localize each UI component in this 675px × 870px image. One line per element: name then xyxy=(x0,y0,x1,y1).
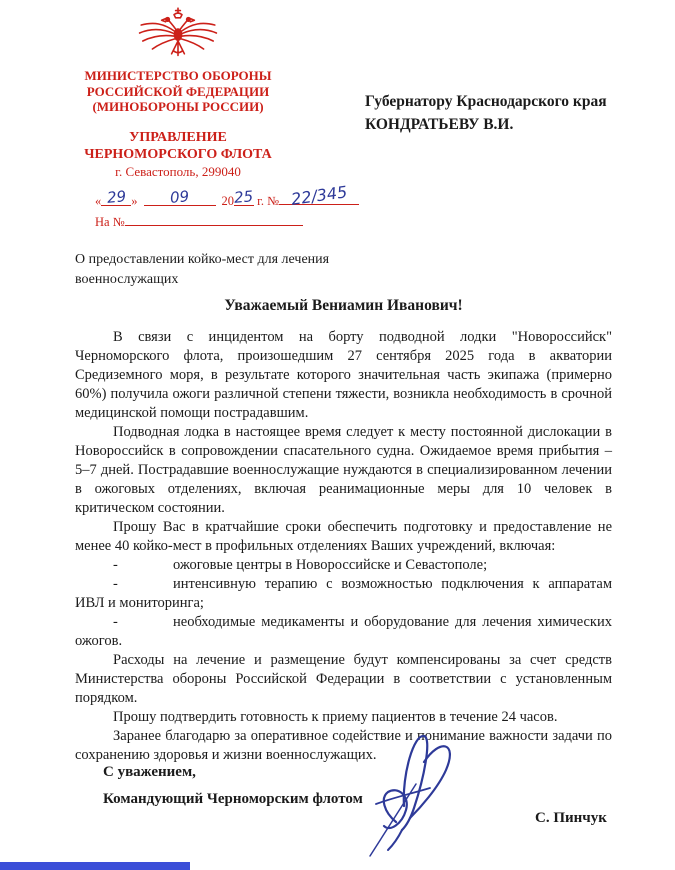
month-field: 09 xyxy=(144,191,216,206)
subject-line-2: военнослужащих xyxy=(75,270,395,290)
paragraph: Прошу подтвердить готовность к приему па… xyxy=(75,708,612,727)
list-item: -интенсивную терапию с возможностью подк… xyxy=(75,575,612,613)
handwritten-signature xyxy=(318,726,490,862)
unit-line-2: ЧЕРНОМОРСКОГО ФЛОТА xyxy=(58,147,298,164)
handwritten-month: 09 xyxy=(169,187,190,207)
paragraph: В связи с инцидентом на борту подводной … xyxy=(75,328,612,423)
org-line-2: РОССИЙСКОЙ ФЕДЕРАЦИИ xyxy=(58,84,298,100)
list-dash: - xyxy=(113,575,173,594)
list-item-text: ожоговые центры в Новороссийске и Севаст… xyxy=(173,557,487,573)
unit-line-1: УПРАВЛЕНИЕ xyxy=(58,130,298,147)
subject-block: О предоставлении койко-мест для лечения … xyxy=(75,250,395,289)
org-line-1: МИНИСТЕРСТВО ОБОРОНЫ xyxy=(58,68,298,84)
letter-body: В связи с инцидентом на борту подводной … xyxy=(75,328,612,765)
close-quote: » xyxy=(131,194,137,208)
addressee-block: Губернатору Краснодарского края КОНДРАТЬ… xyxy=(365,90,650,136)
paragraph: Подводная лодка в настоящее время следуе… xyxy=(75,423,612,518)
number-field: 22/345 xyxy=(279,190,359,205)
letterhead-org: МИНИСТЕРСТВО ОБОРОНЫ РОССИЙСКОЙ ФЕДЕРАЦИ… xyxy=(58,68,298,115)
addressee-name: КОНДРАТЬЕВУ В.И. xyxy=(365,113,650,136)
day-field: 29 xyxy=(101,191,131,206)
handwritten-day: 29 xyxy=(106,187,127,207)
year-field: 25 xyxy=(234,191,254,206)
list-item: -ожоговые центры в Новороссийске и Севас… xyxy=(75,556,612,575)
org-line-3: (МИНОБОРОНЫ РОССИИ) xyxy=(58,99,298,115)
paragraph: Прошу Вас в кратчайшие сроки обеспечить … xyxy=(75,518,612,556)
reference-line: «29»092025 г. №22/345 xyxy=(95,190,359,209)
list-dash: - xyxy=(113,556,173,575)
salutation: Уважаемый Вениамин Иванович! xyxy=(75,297,612,315)
na-no-label: На № xyxy=(95,215,125,229)
letterhead-city: г. Севастополь, 299040 xyxy=(58,164,298,180)
signatory-name: С. Пинчук xyxy=(535,810,607,827)
paragraph: Расходы на лечение и размещение будут ко… xyxy=(75,651,612,708)
list-dash: - xyxy=(113,613,173,632)
closing-regards: С уважением, xyxy=(103,764,196,781)
number-label: г. № xyxy=(257,194,279,208)
handwritten-number: 22/345 xyxy=(290,182,348,209)
addressee-title: Губернатору Краснодарского края xyxy=(365,90,650,113)
list-item: -необходимые медикаменты и оборудование … xyxy=(75,613,612,651)
subject-line-1: О предоставлении койко-мест для лечения xyxy=(75,250,395,270)
letter-document: МИНИСТЕРСТВО ОБОРОНЫ РОССИЙСКОЙ ФЕДЕРАЦИ… xyxy=(0,0,675,870)
letterhead-unit: УПРАВЛЕНИЕ ЧЕРНОМОРСКОГО ФЛОТА xyxy=(58,130,298,163)
incoming-number-line: На № xyxy=(95,211,303,230)
mod-eagle-emblem xyxy=(130,4,226,62)
handwritten-year: 25 xyxy=(234,187,255,207)
year-prefix: 20 xyxy=(222,194,235,208)
bottom-blue-bar xyxy=(0,862,190,870)
incoming-number-field xyxy=(125,211,303,226)
